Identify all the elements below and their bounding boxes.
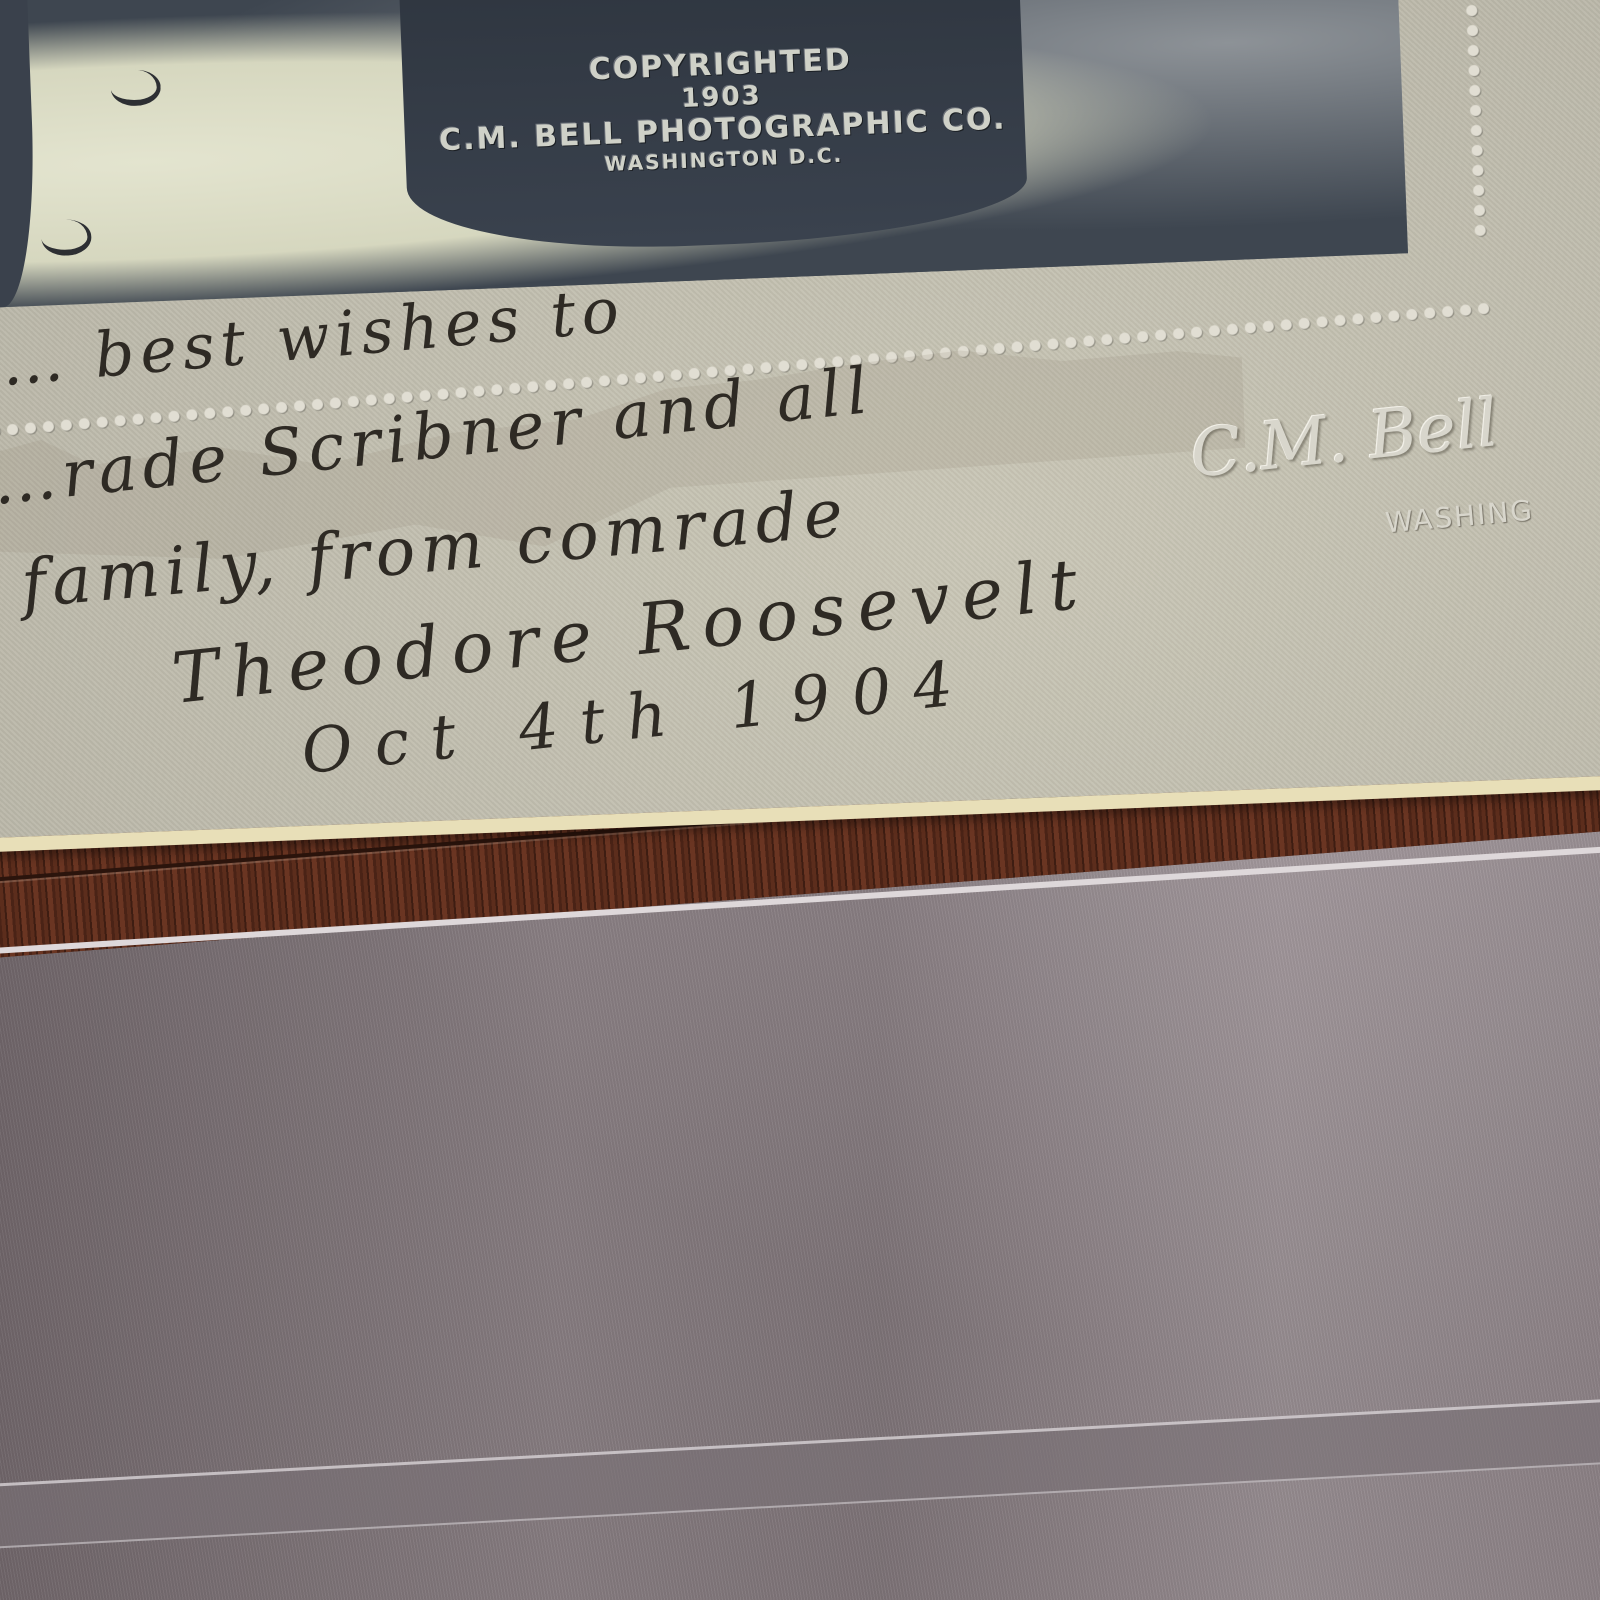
button-detail	[110, 69, 161, 107]
photograph-scene: COPYRIGHTED 1903 C.M. BELL PHOTOGRAPHIC …	[0, 0, 1600, 1600]
coat-lapel	[0, 0, 39, 308]
embossed-border-vertical	[1461, 0, 1489, 241]
button-detail	[41, 219, 92, 257]
copyright-stamp: COPYRIGHTED 1903 C.M. BELL PHOTOGRAPHIC …	[410, 36, 1034, 184]
portrait-photo: COPYRIGHTED 1903 C.M. BELL PHOTOGRAPHIC …	[0, 0, 1408, 308]
